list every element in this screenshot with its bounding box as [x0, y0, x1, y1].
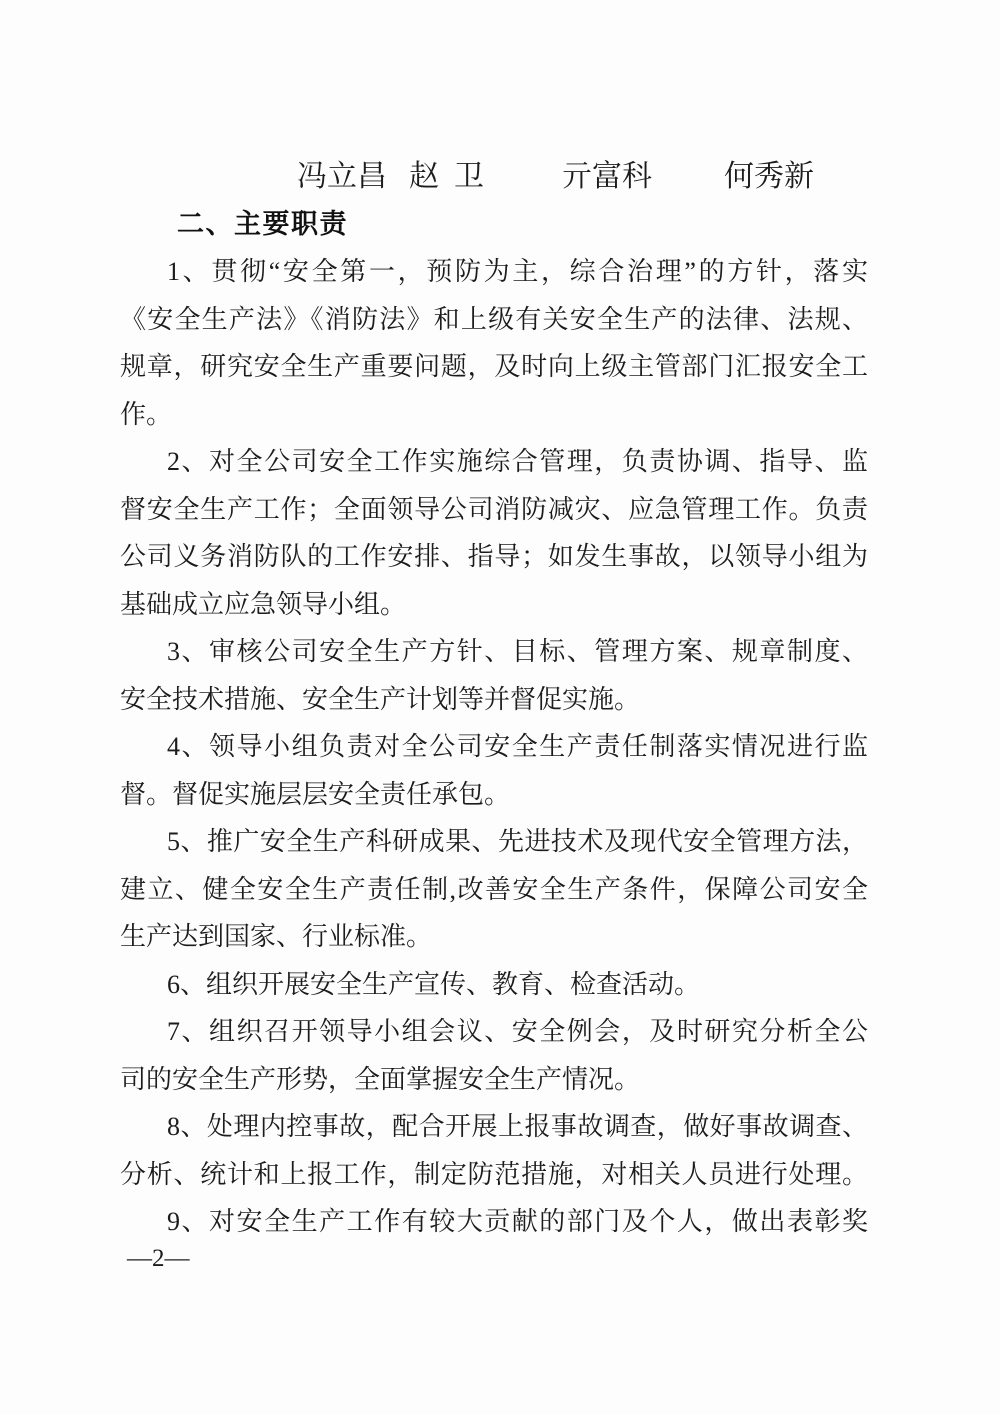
body-line: 6、组织开展安全生产宣传、教育、检查活动。: [120, 961, 868, 1009]
body-line: 分析、统计和上报工作，制定防范措施，对相关人员进行处理。: [120, 1151, 868, 1199]
body-text: 1、贯彻“安全第一，预防为主，综合治理”的方针，落实《安全生产法》《消防法》和上…: [120, 248, 868, 1246]
body-line: 作。: [120, 391, 868, 439]
signer-name: 赵 卫: [409, 153, 484, 201]
body-line: 督安全生产工作；全面领导公司消防减灾、应急管理工作。负责: [120, 486, 868, 534]
body-line: 2、对全公司安全工作实施综合管理，负责协调、指导、监: [120, 438, 868, 486]
signer-name: 何秀新: [724, 153, 814, 201]
body-line: 司的安全生产形势，全面掌握安全生产情况。: [120, 1056, 868, 1104]
body-line: 4、领导小组负责对全公司安全生产责任制落实情况进行监: [120, 723, 868, 771]
signer-name: 亓富科: [562, 153, 652, 201]
body-line: 9、对安全生产工作有较大贡献的部门及个人，做出表彰奖: [120, 1198, 868, 1246]
body-line: 督。督促实施层层安全责任承包。: [120, 771, 868, 819]
document-content: 冯立昌赵 卫亓富科何秀新 二、主要职责 1、贯彻“安全第一，预防为主，综合治理”…: [120, 153, 868, 1246]
body-line: 8、处理内控事故，配合开展上报事故调查，做好事故调查、: [120, 1103, 868, 1151]
body-line: 1、贯彻“安全第一，预防为主，综合治理”的方针，落实: [120, 248, 868, 296]
signer-name: 冯立昌: [297, 153, 387, 201]
body-line: 5、推广安全生产科研成果、先进技术及现代安全管理方法，: [120, 818, 868, 866]
page-number: —2—: [127, 1243, 190, 1275]
body-line: 《安全生产法》《消防法》和上级有关安全生产的法律、法规、: [120, 296, 868, 344]
body-line: 公司义务消防队的工作安排、指导；如发生事故，以领导小组为: [120, 533, 868, 581]
body-line: 基础成立应急领导小组。: [120, 581, 868, 629]
signature-names: 冯立昌赵 卫亓富科何秀新: [120, 153, 868, 201]
body-line: 3、审核公司安全生产方针、目标、管理方案、规章制度、: [120, 628, 868, 676]
document-page: 冯立昌赵 卫亓富科何秀新 二、主要职责 1、贯彻“安全第一，预防为主，综合治理”…: [0, 0, 1000, 1414]
body-line: 生产达到国家、行业标准。: [120, 913, 868, 961]
body-line: 建立、健全安全生产责任制,改善安全生产条件，保障公司安全: [120, 866, 868, 914]
section-heading: 二、主要职责: [120, 201, 868, 249]
body-line: 规章，研究安全生产重要问题，及时向上级主管部门汇报安全工: [120, 343, 868, 391]
body-line: 7、组织召开领导小组会议、安全例会，及时研究分析全公: [120, 1008, 868, 1056]
body-line: 安全技术措施、安全生产计划等并督促实施。: [120, 676, 868, 724]
